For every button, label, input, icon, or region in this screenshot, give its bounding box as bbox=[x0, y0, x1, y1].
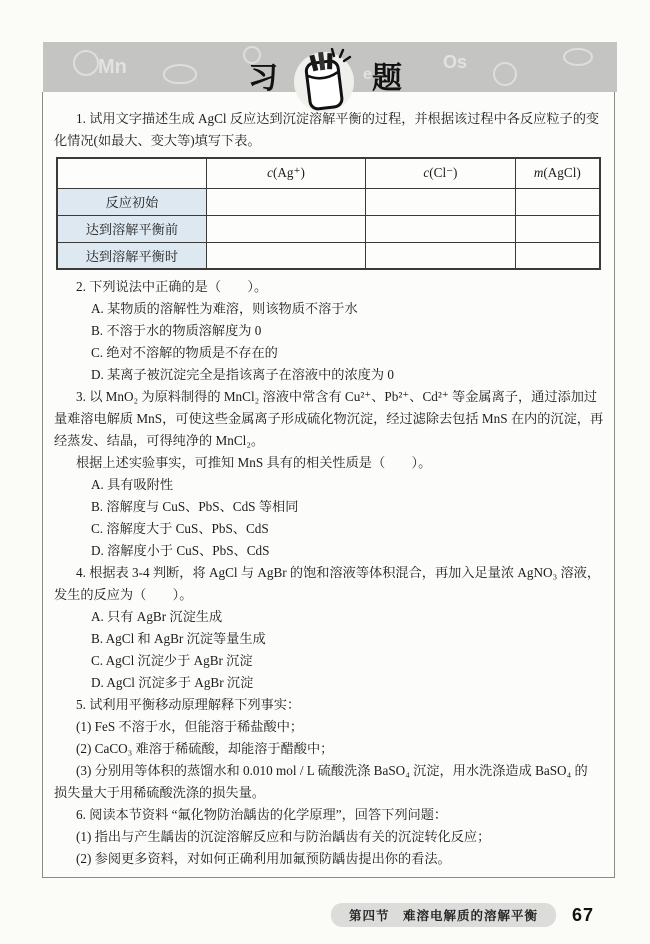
blank-answer-cell bbox=[366, 215, 515, 242]
row-label-cell: 反应初始 bbox=[57, 188, 206, 215]
question-line: D. 溶解度小于 CuS、PbS、CdS bbox=[54, 540, 600, 562]
table-header-row: c(Ag⁺)c(Cl⁻)m(AgCl) bbox=[57, 158, 600, 188]
title-char-left: 习 bbox=[248, 64, 278, 94]
blank-answer-cell bbox=[515, 242, 600, 269]
row-label-cell: 达到溶解平衡前 bbox=[57, 215, 206, 242]
question-line: D. 某离子被沉淀完全是指该离子在溶液中的浓度为 0 bbox=[54, 364, 600, 386]
pencil-case-icon bbox=[288, 48, 362, 114]
question-line: 根据上述实验事实，可推知 MnS 具有的相关性质是（ ）。 bbox=[54, 452, 600, 474]
question-line: 2. 下列说法中正确的是（ ）。 bbox=[54, 276, 600, 298]
section-title-pill: 第四节 难溶电解质的溶解平衡 bbox=[331, 903, 556, 927]
table-column-header: c(Ag⁺) bbox=[206, 158, 365, 188]
table-row: 达到溶解平衡时 bbox=[57, 242, 600, 269]
question-line: 化情况(如最大、变大等)填写下表。 bbox=[54, 130, 600, 152]
question-line: C. 溶解度大于 CuS、PbS、CdS bbox=[54, 518, 600, 540]
q1-table: c(Ag⁺)c(Cl⁻)m(AgCl)反应初始达到溶解平衡前达到溶解平衡时 bbox=[56, 157, 601, 270]
table-row: 达到溶解平衡前 bbox=[57, 215, 600, 242]
question-line: B. 溶解度与 CuS、PbS、CdS 等相同 bbox=[54, 496, 600, 518]
row-label-cell: 达到溶解平衡时 bbox=[57, 242, 206, 269]
question-line: A. 具有吸附性 bbox=[54, 474, 600, 496]
question-line: C. 绝对不溶解的物质是不存在的 bbox=[54, 342, 600, 364]
table-column-header: c(Cl⁻) bbox=[366, 158, 515, 188]
question-line: 5. 试利用平衡移动原理解释下列事实： bbox=[54, 694, 600, 716]
question-line: (1) 指出与产生龋齿的沉淀溶解反应和与防治龋齿有关的沉淀转化反应； bbox=[54, 826, 600, 848]
table-column-header: m(AgCl) bbox=[515, 158, 600, 188]
question-line: B. 不溶于水的物质溶解度为 0 bbox=[54, 320, 600, 342]
question-line: A. 某物质的溶解性为难溶，则该物质不溶于水 bbox=[54, 298, 600, 320]
table-row: 反应初始 bbox=[57, 188, 600, 215]
table-corner-cell bbox=[57, 158, 206, 188]
question-line: (2) 参阅更多资料，对如何正确利用加氟预防龋齿提出你的看法。 bbox=[54, 848, 600, 870]
question-line: C. AgCl 沉淀少于 AgBr 沉淀 bbox=[54, 650, 600, 672]
question-line: 量难溶电解质 MnS，可使这些金属离子形成硫化物沉淀，经过滤除去包括 MnS 在… bbox=[54, 408, 600, 430]
page-number: 67 bbox=[572, 905, 594, 926]
exercises-title: 习 题 bbox=[0, 48, 650, 114]
question-line: 经蒸发、结晶，可得纯净的 MnCl₂。 bbox=[54, 430, 600, 452]
question-line: 4. 根据表 3-4 判断，将 AgCl 与 AgBr 的饱和溶液等体积混合，再… bbox=[54, 562, 600, 584]
question-line: 损失量大于用稀硫酸洗涤的损失量。 bbox=[54, 782, 600, 804]
question-line: 发生的反应为（ ）。 bbox=[54, 584, 600, 606]
title-char-right: 题 bbox=[372, 64, 402, 94]
question-line: A. 只有 AgBr 沉淀生成 bbox=[54, 606, 600, 628]
question-line: B. AgCl 和 AgBr 沉淀等量生成 bbox=[54, 628, 600, 650]
question-line: 6. 阅读本节资料 “氟化物防治龋齿的化学原理”，回答下列问题： bbox=[54, 804, 600, 826]
question-line: D. AgCl 沉淀多于 AgBr 沉淀 bbox=[54, 672, 600, 694]
question-line: (3) 分别用等体积的蒸馏水和 0.010 mol / L 硫酸洗涤 BaSO₄… bbox=[54, 760, 600, 782]
question-line: (2) CaCO₃ 难溶于稀硫酸，却能溶于醋酸中； bbox=[54, 738, 600, 760]
exercise-content: 1. 试用文字描述生成 AgCl 反应达到沉淀溶解平衡的过程，并根据该过程中各反… bbox=[42, 92, 615, 878]
blank-answer-cell bbox=[366, 242, 515, 269]
blank-answer-cell bbox=[366, 188, 515, 215]
blank-answer-cell bbox=[206, 215, 365, 242]
blank-answer-cell bbox=[206, 242, 365, 269]
page-footer: 第四节 难溶电解质的溶解平衡 67 bbox=[331, 903, 594, 927]
question-line: (1) FeS 不溶于水，但能溶于稀盐酸中； bbox=[54, 716, 600, 738]
blank-answer-cell bbox=[515, 188, 600, 215]
blank-answer-cell bbox=[206, 188, 365, 215]
question-line: 3. 以 MnO₂ 为原料制得的 MnCl₂ 溶液中常含有 Cu²⁺、Pb²⁺、… bbox=[54, 386, 600, 408]
blank-answer-cell bbox=[515, 215, 600, 242]
